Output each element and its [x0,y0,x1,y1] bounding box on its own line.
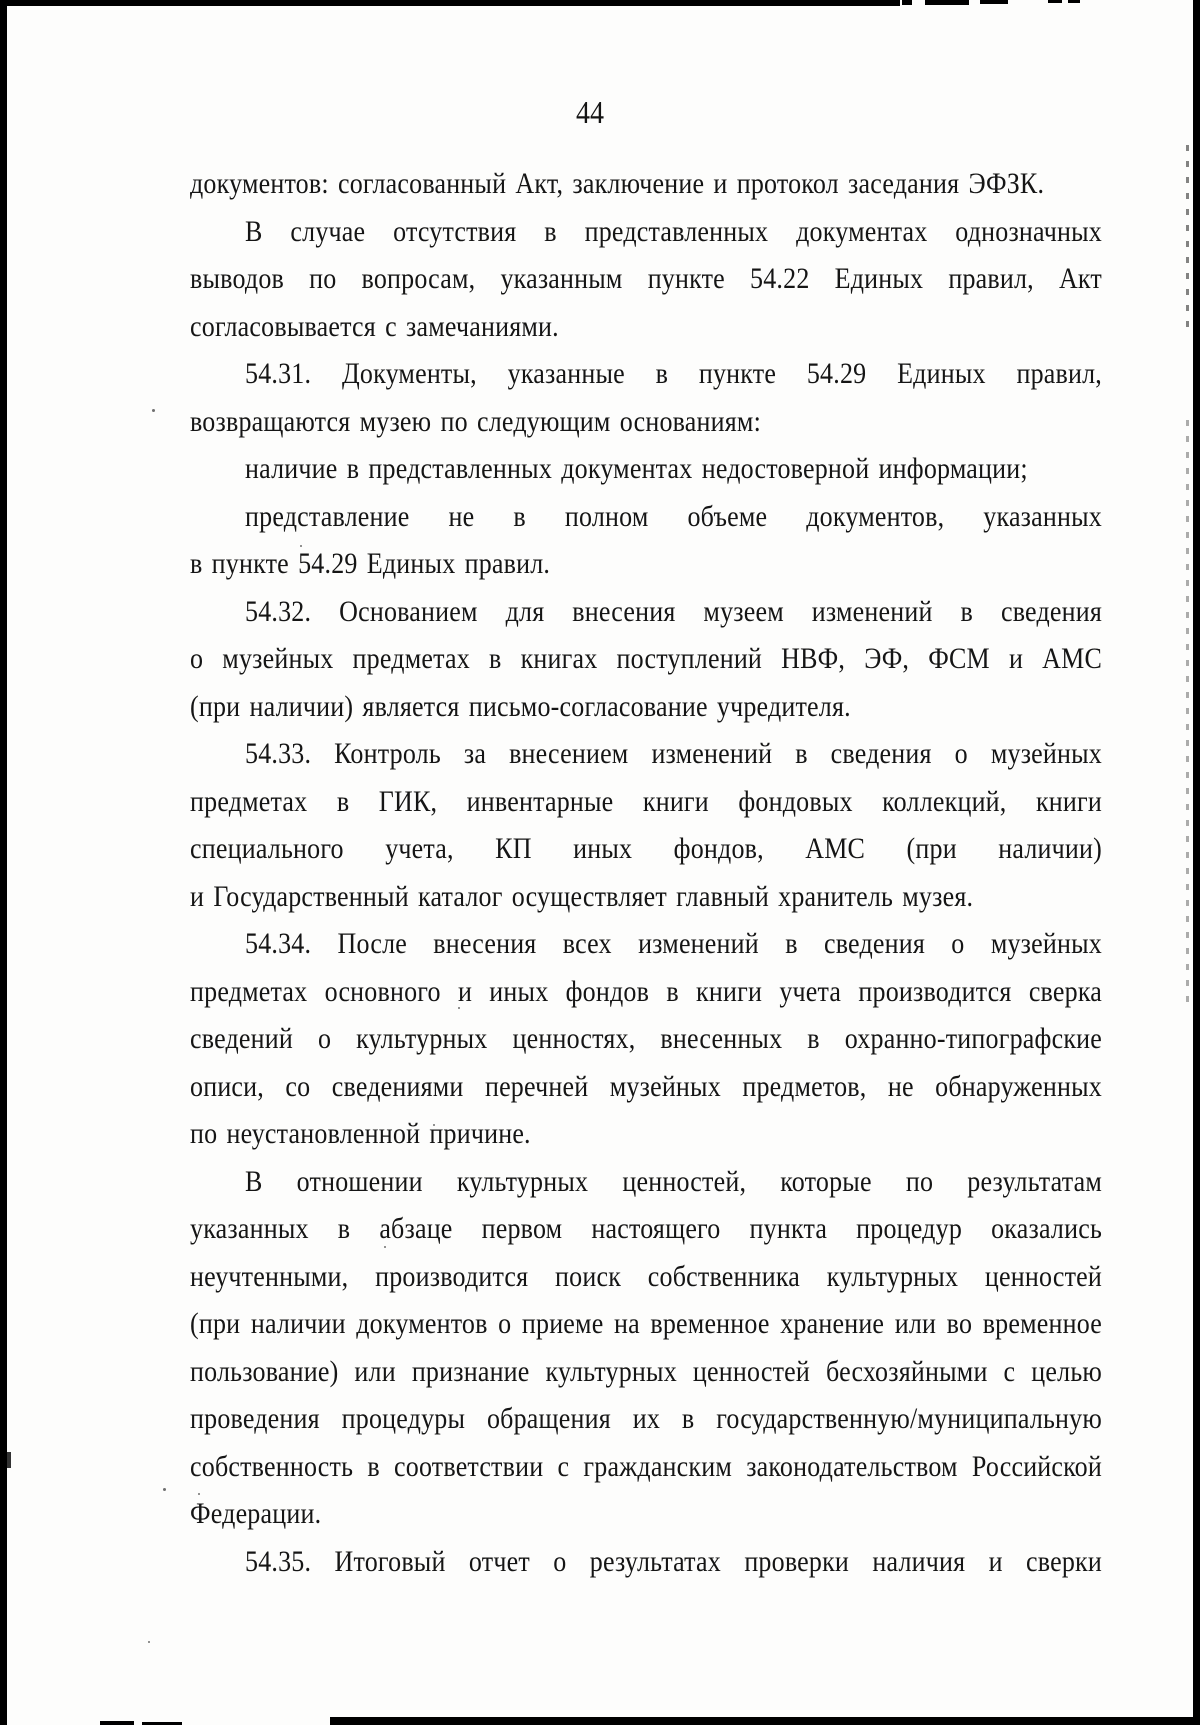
text-line: о музейных предметах в книгах поступлени… [190,631,1102,686]
page-number: 44 [540,96,640,133]
scan-edge-top-dash [902,0,912,5]
text-line: выводов по вопросам, указанным пункте 54… [190,251,1102,306]
text-line: сведений о культурных ценностях, внесенн… [190,1011,1102,1066]
text-line: 54.32. Основанием для внесения музеем из… [190,584,1102,639]
scan-speck [433,1124,435,1126]
scan-edge-bottom-dash [100,1721,134,1725]
scan-dash-line [1186,145,1189,335]
text-line: в пункте 54.29 Единых правил. [190,536,1102,591]
paragraph: документов: согласованный Акт, заключени… [190,160,1102,208]
scanned-document-page: 44 документов: согласованный Акт, заключ… [0,0,1200,1725]
document-text-block: документов: согласованный Акт, заключени… [190,160,1102,1585]
scan-edge-top-dash [925,0,969,5]
text-line: неучтенными, производится поиск собствен… [190,1249,1102,1304]
paragraph: представление не в полном объеме докумен… [190,493,1102,588]
text-line: (при наличии документов о приеме на врем… [190,1296,1102,1351]
paragraph: В случае отсутствия в представленных док… [190,208,1102,351]
text-line: 54.34. После внесения всех изменений в с… [190,916,1102,971]
scan-speck [300,545,302,547]
scan-edge-top [0,0,900,6]
text-line: проведения процедуры обращения их в госу… [190,1391,1102,1446]
text-line: предметах в ГИК, инвентарные книги фондо… [190,774,1102,829]
text-line: Федерации. [190,1486,1102,1541]
scan-speck [384,1246,386,1248]
text-line: возвращаются музею по следующим основани… [190,394,1102,449]
text-line: представление не в полном объеме докумен… [190,489,1102,544]
scan-edge-top-dash [980,0,1008,4]
paragraph: 54.34. После внесения всех изменений в с… [190,920,1102,1158]
text-line: документов: согласованный Акт, заключени… [190,156,1102,211]
scan-speck [198,1493,200,1495]
text-line: 54.33. Контроль за внесением изменений в… [190,726,1102,781]
text-line: согласовывается с замечаниями. [190,299,1102,354]
paragraph: 54.32. Основанием для внесения музеем из… [190,588,1102,731]
scan-edge-notch [7,1452,11,1468]
text-line: пользование) или признание культурных це… [190,1344,1102,1399]
paragraph: В отношении культурных ценностей, которы… [190,1158,1102,1538]
text-line: предметах основного и иных фондов в книг… [190,964,1102,1019]
scan-speck [163,1488,166,1491]
text-line: В отношении культурных ценностей, которы… [190,1154,1102,1209]
scan-speck [152,409,155,412]
scan-speck [148,1641,150,1643]
scan-speck [458,1007,460,1009]
paragraph: 54.35. Итоговый отчет о результатах пров… [190,1538,1102,1586]
text-line: по неустановленной причине. [190,1106,1102,1161]
scan-edge-bottom [330,1717,1200,1725]
paragraph: 54.33. Контроль за внесением изменений в… [190,730,1102,920]
text-line: и Государственный каталог осуществляет г… [190,869,1102,924]
text-line: описи, со сведениями перечней музейных п… [190,1059,1102,1114]
scan-edge-left [0,0,7,1725]
scan-edge-right [1193,0,1200,1725]
text-line: В случае отсутствия в представленных док… [190,204,1102,259]
text-line: (при наличии) является письмо-согласован… [190,679,1102,734]
paragraph: наличие в представленных документах недо… [190,445,1102,493]
text-line: собственность в соответствии с гражданск… [190,1439,1102,1494]
scan-edge-top-dash [1048,0,1062,3]
text-line: наличие в представленных документах недо… [190,441,1102,496]
text-line: 54.35. Итоговый отчет о результатах пров… [190,1534,1102,1589]
scan-edge-top-dash [1068,0,1080,3]
paragraph: 54.31. Документы, указанные в пункте 54.… [190,350,1102,445]
scan-dash-line [1186,420,1189,1010]
text-line: специального учета, КП иных фондов, АМС … [190,821,1102,876]
text-line: указанных в абзаце первом настоящего пун… [190,1201,1102,1256]
text-line: 54.31. Документы, указанные в пункте 54.… [190,346,1102,401]
